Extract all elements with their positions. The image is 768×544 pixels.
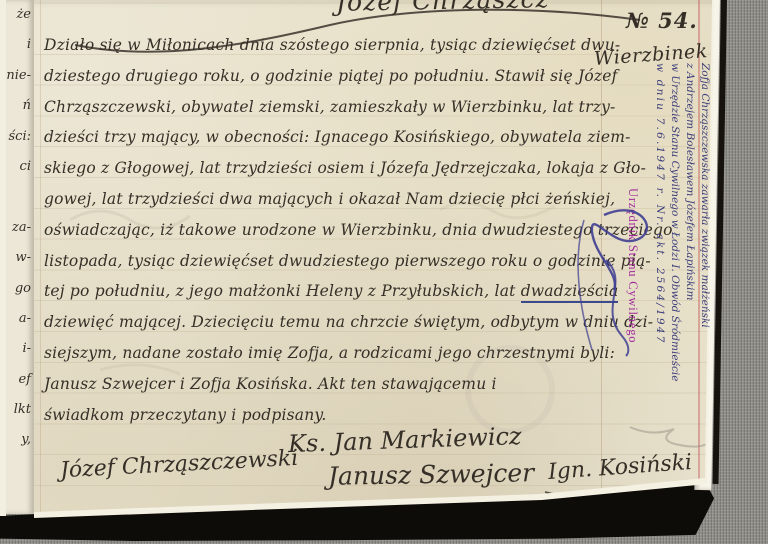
record-line: Janusz Szwejcer i Zofja Kosińska. Akt te… — [44, 369, 600, 400]
annotation-line: z Andrzejem Bolesławem Józefem Łapińskim — [682, 55, 697, 355]
facing-page-word-fragment: lkt — [6, 395, 34, 425]
previous-entry-signature-fragment: Józef Chrząszcz — [336, 0, 550, 17]
record-line: listopada, tysiąc dziewięćset dwudzieste… — [44, 246, 600, 277]
record-line: skiego z Głogowej, lat trzydzieści osiem… — [44, 153, 600, 184]
facing-page-word-fragment: w- — [6, 243, 34, 273]
record-line: siejszym, nadane zostało imię Zofja, a r… — [44, 338, 600, 369]
facing-page-word-fragment: a- — [6, 304, 34, 334]
record-line: oświadczając, iż takowe urodzone w Wierz… — [44, 215, 600, 246]
record-line: dziewięć mającej. Dziecięciu temu na chr… — [44, 307, 600, 338]
signature-witness-1: Janusz Szwejcer — [328, 458, 535, 491]
act-number: № 54. — [626, 8, 698, 33]
facing-page-fragments: żeinie-ńści:ciza-w-goa-i-eflkty, — [6, 0, 34, 514]
registrar-signature — [569, 190, 664, 360]
record-line: tej po południu, z jego małżonki Heleny … — [44, 276, 600, 307]
record-line-text: tej po południu, z jego małżonki Heleny … — [44, 282, 521, 300]
marriage-annotation: Zofja Chrząszczewska zawarła związek mał… — [562, 55, 712, 355]
record-line: Działo się w Miłonicach dnia szóstego si… — [44, 30, 600, 61]
facing-page-word-fragment: y, — [6, 425, 34, 455]
facing-page-word-fragment: ci — [6, 152, 34, 182]
register-book-photo: żeinie-ńści:ciza-w-goa-i-eflkty, Józef C… — [0, 0, 768, 544]
facing-page-word-fragment: nie- — [6, 61, 34, 91]
facing-page-word-fragment — [6, 182, 34, 212]
facing-page-word-fragment: ści: — [6, 122, 34, 152]
annotation-line: Zofja Chrząszczewska zawarła związek mał… — [697, 55, 712, 355]
facing-page-word-fragment: za- — [6, 213, 34, 243]
record-line: Chrząszczewski, obywatel ziemski, zamies… — [44, 92, 600, 123]
facing-page-word-fragment: ń — [6, 91, 34, 121]
record-body: Działo się w Miłonicach dnia szóstego si… — [44, 30, 600, 430]
signature-father: Józef Chrząszczewski — [60, 446, 299, 483]
facing-page-word-fragment: że — [6, 0, 34, 30]
record-line: dziestego drugiego roku, o godzinie piąt… — [44, 61, 600, 92]
facing-page-word-fragment: i- — [6, 334, 34, 364]
facing-page-word-fragment: ef — [6, 365, 34, 395]
left-margin-rule — [40, 0, 41, 514]
annotation-line: w Urzędzie Stanu Cywilnego w Łodzi I. Ob… — [667, 55, 682, 355]
record-line: dzieści trzy mający, w obecności: Ignace… — [44, 122, 600, 153]
signature-witness-2: Ign. Kosiński — [547, 450, 693, 485]
facing-page-word-fragment: i — [6, 30, 34, 60]
facing-page-word-fragment: go — [6, 274, 34, 304]
record-line: gowej, lat trzydzieści dwa mających i ok… — [44, 184, 600, 215]
